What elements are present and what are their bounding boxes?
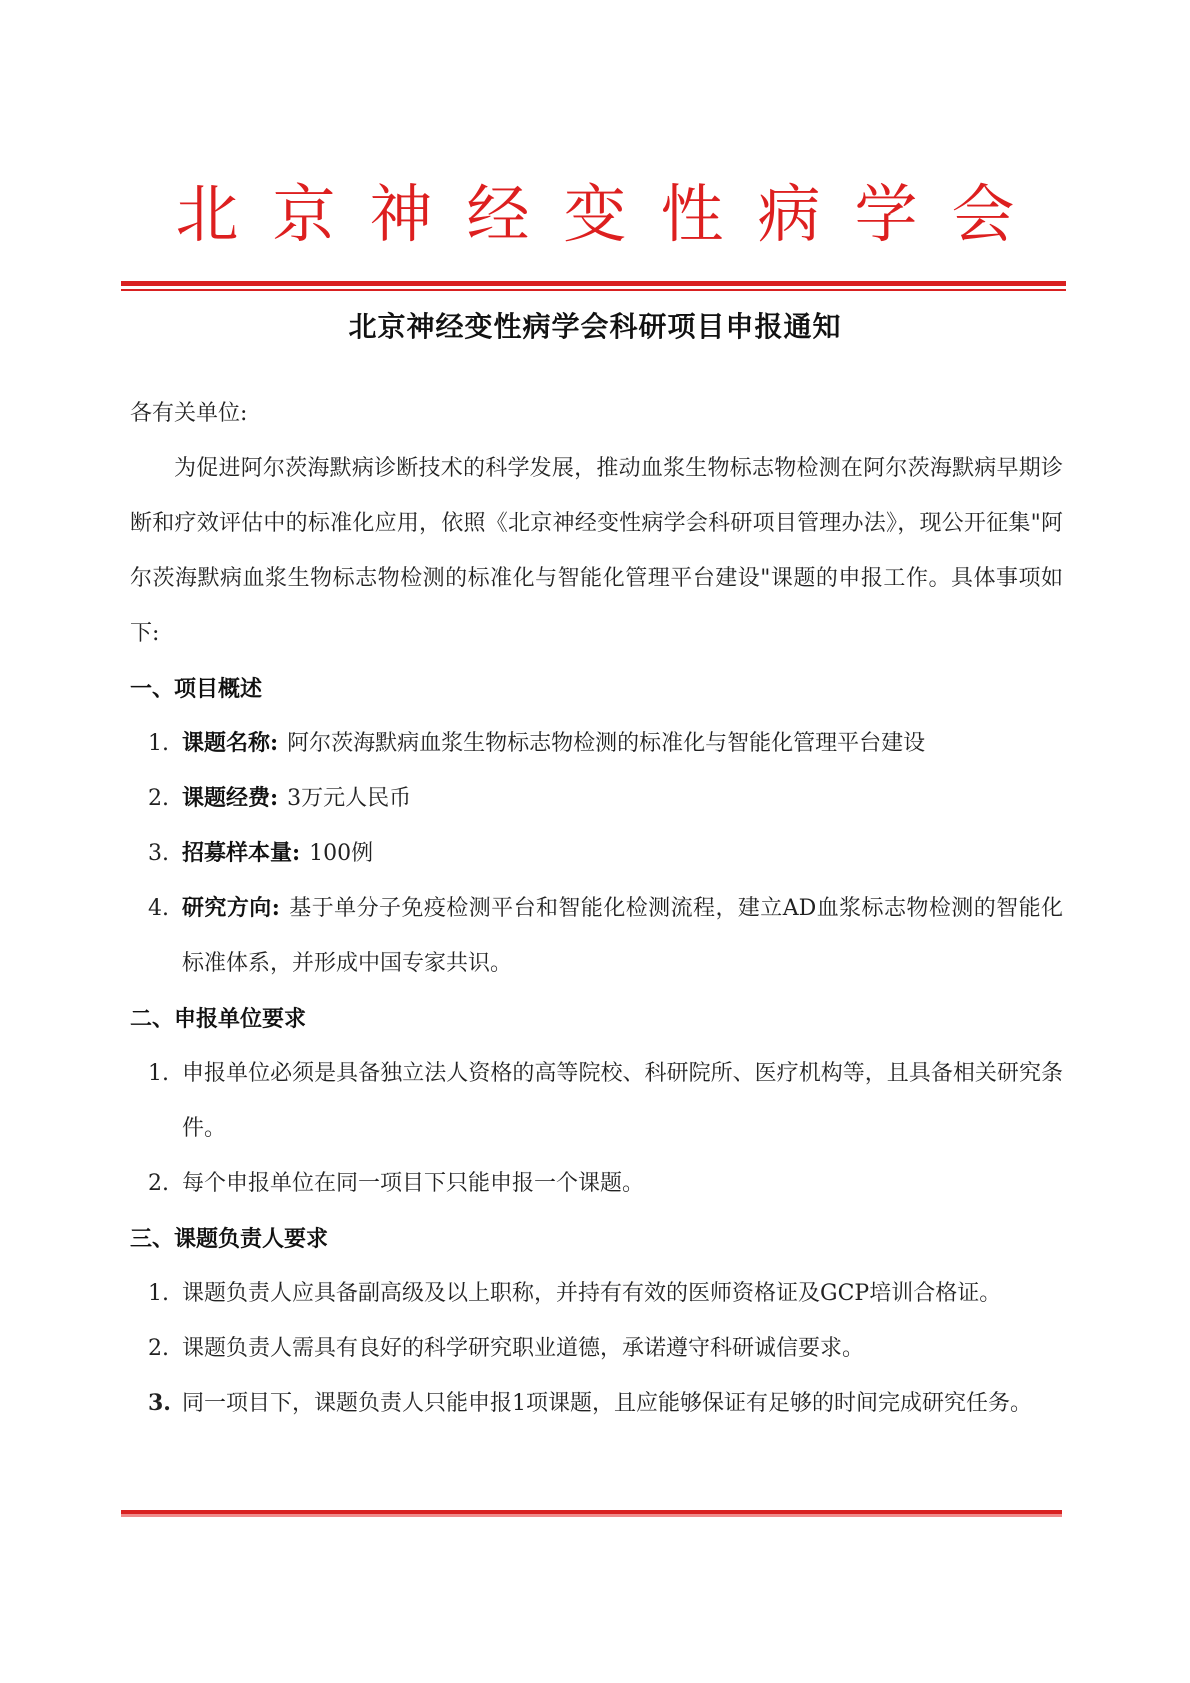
list-item-number: 1. (148, 1266, 182, 1321)
list-item-body: 课题经费:3万元人民币 (182, 771, 1063, 826)
list-item-text: 申报单位必须是具备独立法人资格的高等院校、科研院所、医疗机构等，且具备相关研究条… (182, 1046, 1063, 1156)
list-item-label: 招募样本量: (182, 840, 300, 866)
letterhead-divider-rule (121, 281, 1066, 291)
list-item-body: 招募样本量:100例 (182, 826, 1063, 881)
section-heading-3: 三、课题负责人要求 (130, 1211, 1063, 1266)
list-item-text: 课题负责人应具备副高级及以上职称，并持有有效的医师资格证及GCP培训合格证。 (182, 1266, 1063, 1321)
list-item-text: 100例 (309, 841, 373, 866)
letterhead-org-name: 北京神经变性病学会 (0, 178, 1190, 252)
footer-rule-thin-line (121, 1514, 1062, 1517)
list-item: 3. 招募样本量:100例 (130, 826, 1063, 881)
list-item-text: 每个申报单位在同一项目下只能申报一个课题。 (182, 1156, 1063, 1211)
list-item-text: 基于单分子免疫检测平台和智能化检测流程，建立AD血浆标志物检测的智能化标准体系，… (182, 896, 1063, 976)
list-item-number: 4. (148, 881, 182, 936)
list-item: 1. 申报单位必须是具备独立法人资格的高等院校、科研院所、医疗机构等，且具备相关… (130, 1046, 1063, 1156)
list-item-label: 研究方向: (182, 895, 280, 921)
list-item-number: 3. (148, 826, 182, 881)
list-item-number: 1. (148, 716, 182, 771)
section-heading-2: 二、申报单位要求 (130, 991, 1063, 1046)
list-item: 3. 同一项目下，课题负责人只能申报1项课题，且应能够保证有足够的时间完成研究任… (130, 1376, 1063, 1431)
footer-divider-rule (121, 1510, 1062, 1517)
list-item-label: 课题名称: (182, 730, 278, 756)
list-item-number: 2. (148, 1156, 182, 1211)
list-item: 1. 课题负责人应具备副高级及以上职称，并持有有效的医师资格证及GCP培训合格证… (130, 1266, 1063, 1321)
document-body: 各有关单位: 为促进阿尔茨海默病诊断技术的科学发展，推动血浆生物标志物检测在阿尔… (130, 386, 1063, 1431)
list-item-text: 阿尔茨海默病血浆生物标志物检测的标准化与智能化管理平台建设 (287, 731, 925, 756)
list-item: 1. 课题名称:阿尔茨海默病血浆生物标志物检测的标准化与智能化管理平台建设 (130, 716, 1063, 771)
list-item: 4. 研究方向:基于单分子免疫检测平台和智能化检测流程，建立AD血浆标志物检测的… (130, 881, 1063, 991)
list-item: 2. 课题负责人需具有良好的科学研究职业道德，承诺遵守科研诚信要求。 (130, 1321, 1063, 1376)
list-item-body: 研究方向:基于单分子免疫检测平台和智能化检测流程，建立AD血浆标志物检测的智能化… (182, 881, 1063, 991)
list-item: 2. 每个申报单位在同一项目下只能申报一个课题。 (130, 1156, 1063, 1211)
salutation: 各有关单位: (130, 386, 1063, 441)
list-item-label: 课题经费: (182, 785, 278, 811)
document-page: 北京神经变性病学会 北京神经变性病学会科研项目申报通知 各有关单位: 为促进阿尔… (0, 0, 1190, 1683)
list-item-text: 同一项目下，课题负责人只能申报1项课题，且应能够保证有足够的时间完成研究任务。 (182, 1376, 1063, 1431)
list-item-number: 3. (148, 1376, 182, 1431)
document-title: 北京神经变性病学会科研项目申报通知 (0, 310, 1190, 344)
list-item-text: 课题负责人需具有良好的科学研究职业道德，承诺遵守科研诚信要求。 (182, 1321, 1063, 1376)
intro-paragraph: 为促进阿尔茨海默病诊断技术的科学发展，推动血浆生物标志物检测在阿尔茨海默病早期诊… (130, 441, 1063, 661)
list-item: 2. 课题经费:3万元人民币 (130, 771, 1063, 826)
list-item-number: 1. (148, 1046, 182, 1101)
list-item-text: 3万元人民币 (287, 786, 411, 811)
list-item-number: 2. (148, 771, 182, 826)
list-item-number: 2. (148, 1321, 182, 1376)
list-item-body: 课题名称:阿尔茨海默病血浆生物标志物检测的标准化与智能化管理平台建设 (182, 716, 1063, 771)
section-heading-1: 一、项目概述 (130, 661, 1063, 716)
